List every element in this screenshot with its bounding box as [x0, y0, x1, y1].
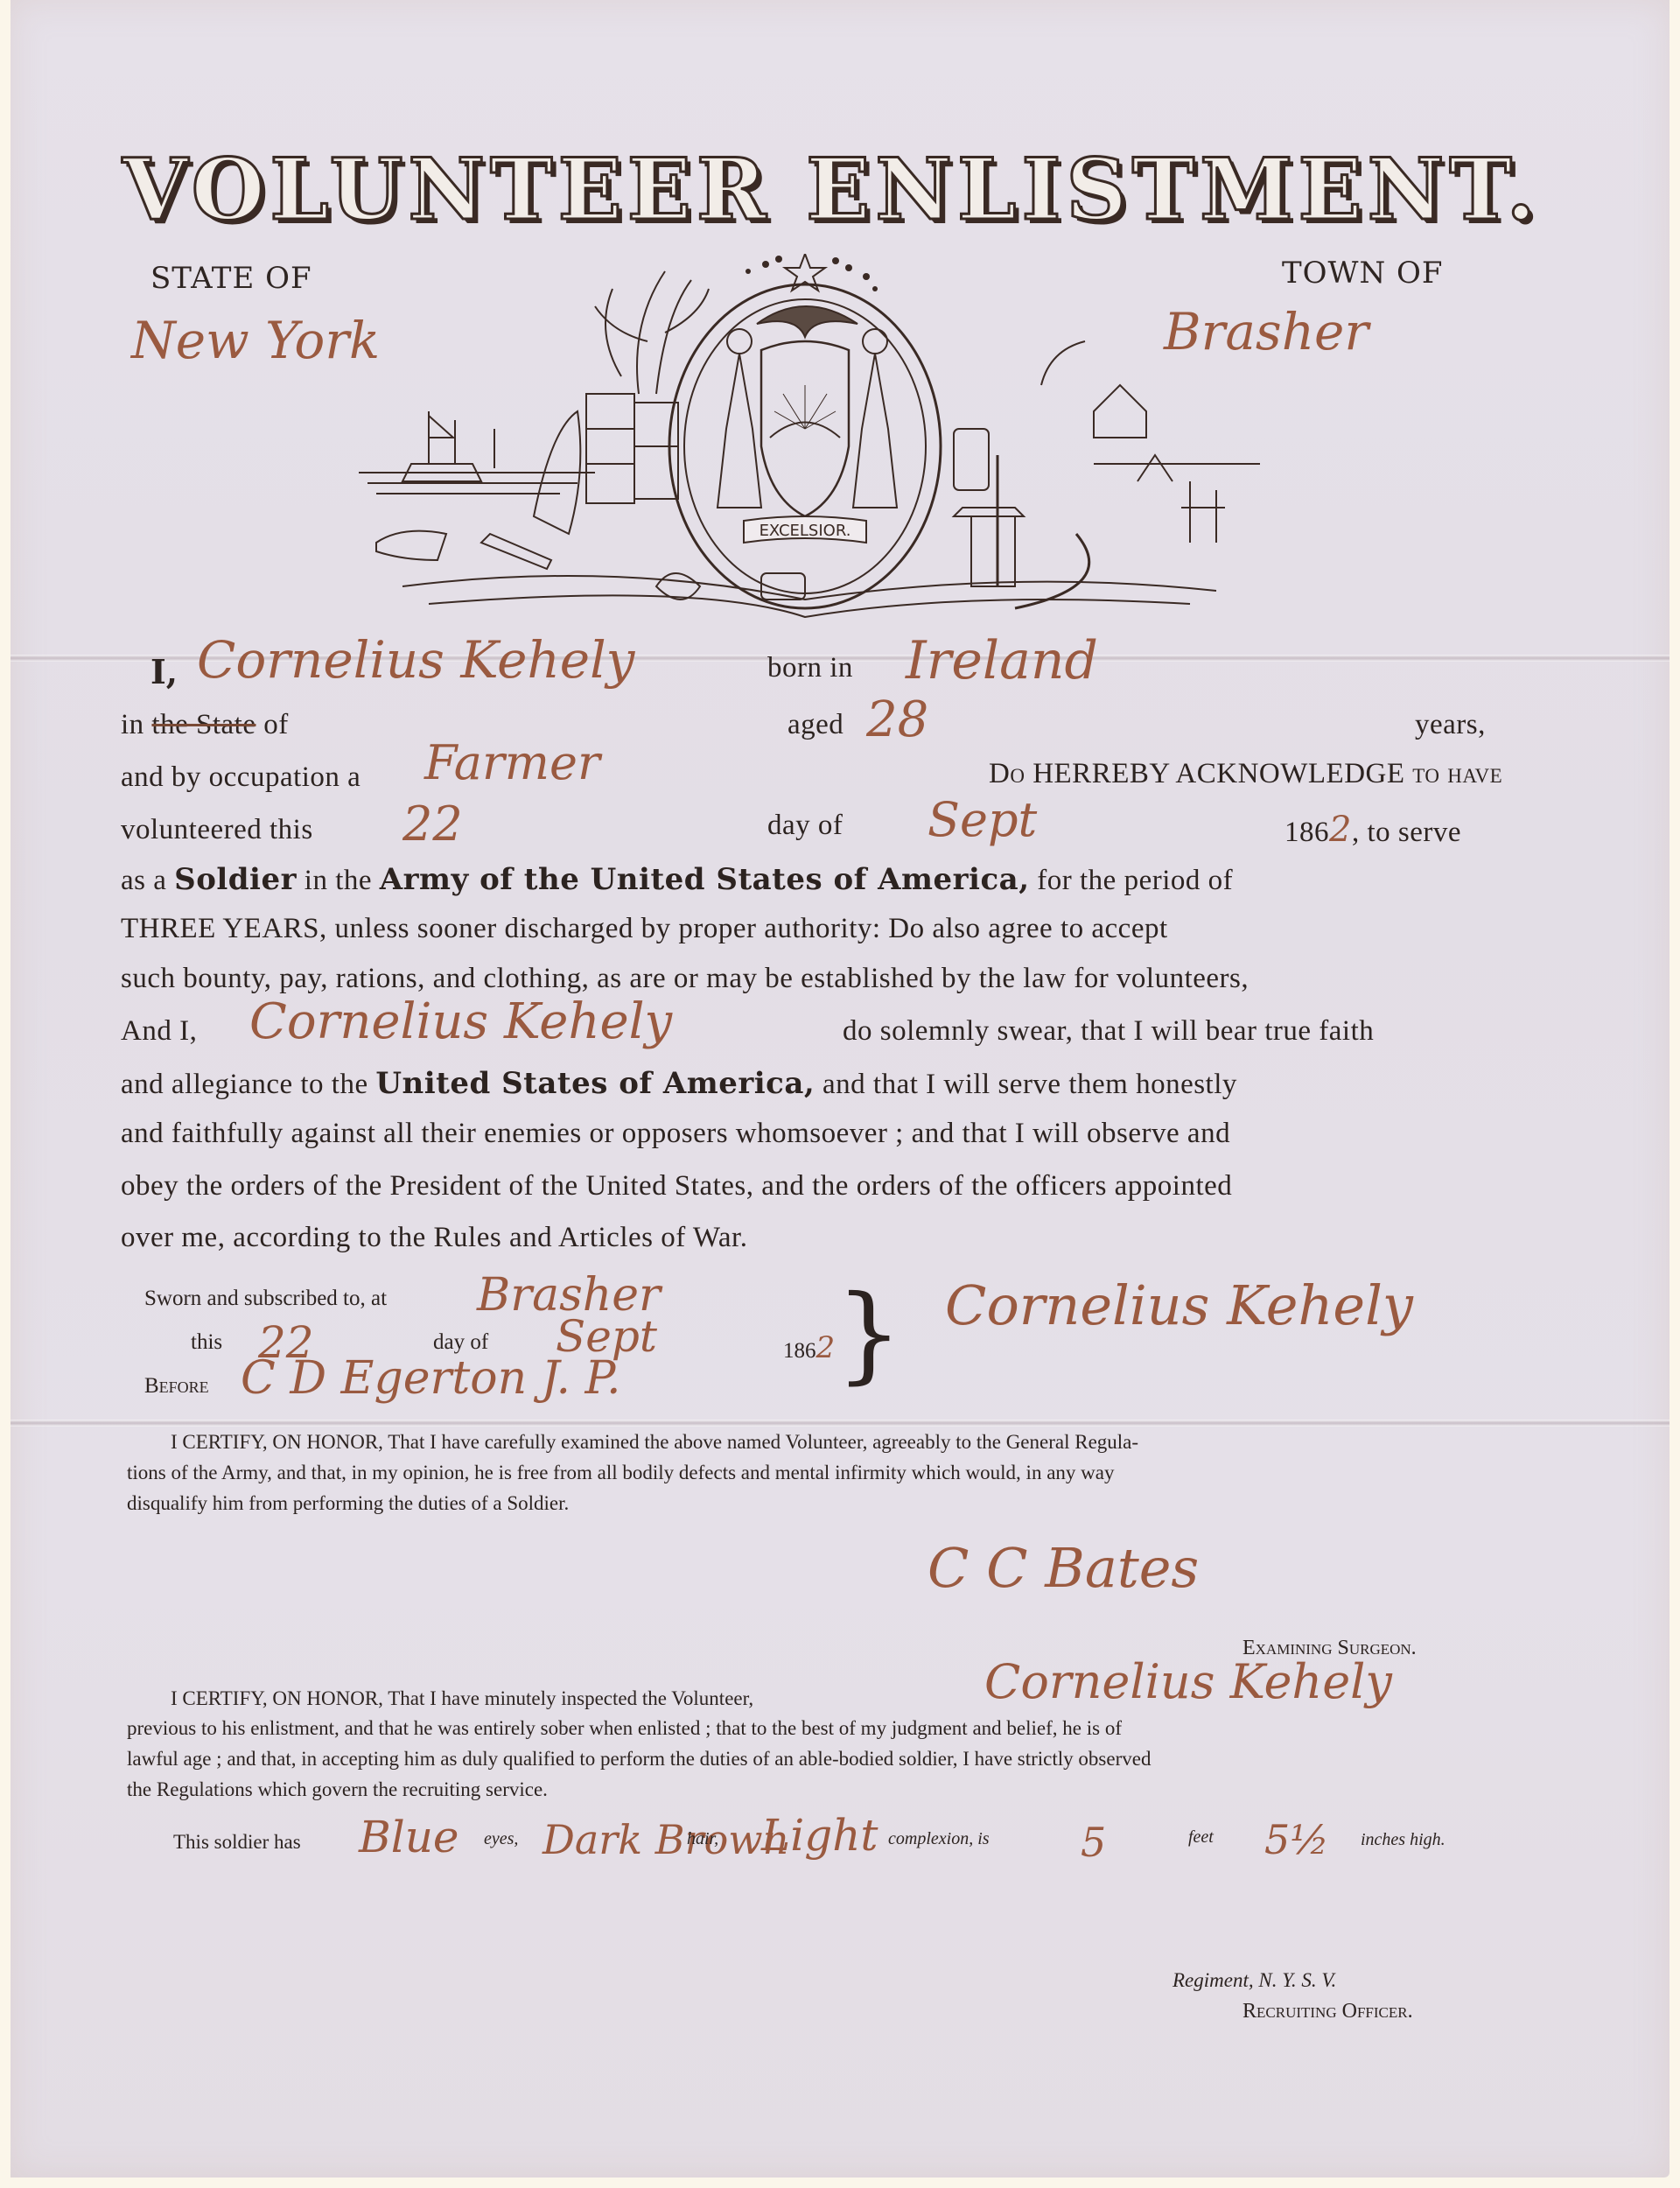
- oath-name-value: Cornelius Kehely: [249, 993, 672, 1050]
- allegiance-line: and allegiance to the United States of A…: [121, 1066, 1237, 1101]
- officer-cert-line3: lawful age ; and that, in accepting him …: [127, 1748, 1151, 1771]
- obey-line: obey the orders of the President of the …: [121, 1170, 1232, 1203]
- bounty-line: such bounty, pay, rations, and clothing,…: [121, 963, 1249, 995]
- feet-label: feet: [1188, 1827, 1214, 1848]
- state-value: New York: [131, 311, 380, 370]
- i-label: I,: [150, 652, 178, 691]
- over-me-line: over me, according to the Rules and Arti…: [121, 1222, 747, 1254]
- volunteered-day-of-label: day of: [767, 810, 843, 842]
- state-label: STATE OF: [150, 261, 312, 296]
- surgeon-cert-line3: disqualify him from performing the dutie…: [127, 1492, 569, 1515]
- aged-label: aged: [787, 709, 843, 741]
- officer-cert-line4: the Regulations which govern the recruit…: [127, 1778, 548, 1801]
- volunteered-day-value: 22: [402, 796, 463, 852]
- document-title: VOLUNTEER ENLISTMENT.: [122, 140, 1541, 239]
- three-years-line: THREE YEARS, unless sooner discharged by…: [121, 913, 1168, 945]
- description-prefix: This soldier has: [173, 1831, 301, 1854]
- sworn-year: 1862: [783, 1330, 835, 1365]
- inches-value: 5½: [1264, 1816, 1329, 1863]
- state-seal-illustration: EXCELSIOR.: [350, 254, 1269, 630]
- surgeon-cert-line2: tions of the Army, and that, in my opini…: [127, 1462, 1114, 1484]
- officer-cert-line2: previous to his enlistment, and that he …: [127, 1717, 1122, 1740]
- volunteered-label: volunteered this: [121, 814, 313, 846]
- soldier-line: as a Soldier in the Army of the United S…: [121, 862, 1233, 897]
- seal-motto: EXCELSIOR.: [759, 522, 851, 540]
- years-label: years,: [1415, 709, 1486, 741]
- swear-text: do solemnly swear, that I will bear true…: [843, 1015, 1374, 1048]
- before-official-value: C D Egerton J. P.: [241, 1352, 620, 1405]
- volunteer-signature: Cornelius Kehely: [945, 1273, 1413, 1337]
- in-the-state-of-label: in the State of: [121, 709, 289, 741]
- hair-value: Dark Brown: [542, 1816, 788, 1863]
- volunteered-month-value: Sept: [927, 792, 1037, 847]
- born-in-label: born in: [767, 652, 853, 684]
- volunteer-name: Cornelius Kehely: [197, 630, 634, 690]
- sworn-label: Sworn and subscribed to, at: [144, 1287, 387, 1311]
- occupation-value: Farmer: [424, 735, 600, 790]
- eyes-label: eyes,: [484, 1829, 518, 1849]
- and-i-label: And I,: [121, 1015, 197, 1048]
- age-value: 28: [866, 691, 928, 748]
- hair-label: hair,: [687, 1829, 718, 1849]
- town-label: TOWN OF: [1282, 256, 1444, 291]
- sworn-day-of-label: day of: [433, 1330, 488, 1355]
- officer-cert-line1: I CERTIFY, ON HONOR, That I have minutel…: [171, 1687, 753, 1710]
- surgeon-signature: C C Bates: [927, 1536, 1199, 1600]
- regiment-label: Regiment, N. Y. S. V.: [1172, 1969, 1336, 1992]
- before-label: Before: [144, 1374, 209, 1399]
- eyes-value: Blue: [359, 1812, 459, 1862]
- complexion-label: complexion, is: [888, 1829, 990, 1849]
- complexion-value: Light: [761, 1810, 878, 1861]
- birthplace-value: Ireland: [906, 630, 1098, 691]
- surgeon-cert-line1: I CERTIFY, ON HONOR, That I have careful…: [171, 1431, 1138, 1454]
- volunteered-year: 1862, to serve: [1284, 810, 1461, 850]
- occupation-label: and by occupation a: [121, 761, 360, 794]
- fold-line-lower: [10, 1420, 1669, 1427]
- recruiting-officer-title: Recruiting Officer.: [1242, 2000, 1413, 2023]
- feet-value: 5: [1081, 1819, 1106, 1866]
- officer-cert-volunteer-name: Cornelius Kehely: [984, 1654, 1392, 1709]
- faithfully-line: and faithfully against all their enemies…: [121, 1118, 1230, 1150]
- acknowledge-text: Do HERREBY ACKNOWLEDGE to have: [989, 758, 1502, 790]
- inches-label: inches high.: [1361, 1827, 1445, 1850]
- sworn-this-label: this: [191, 1330, 222, 1355]
- brace-glyph: }: [836, 1273, 902, 1395]
